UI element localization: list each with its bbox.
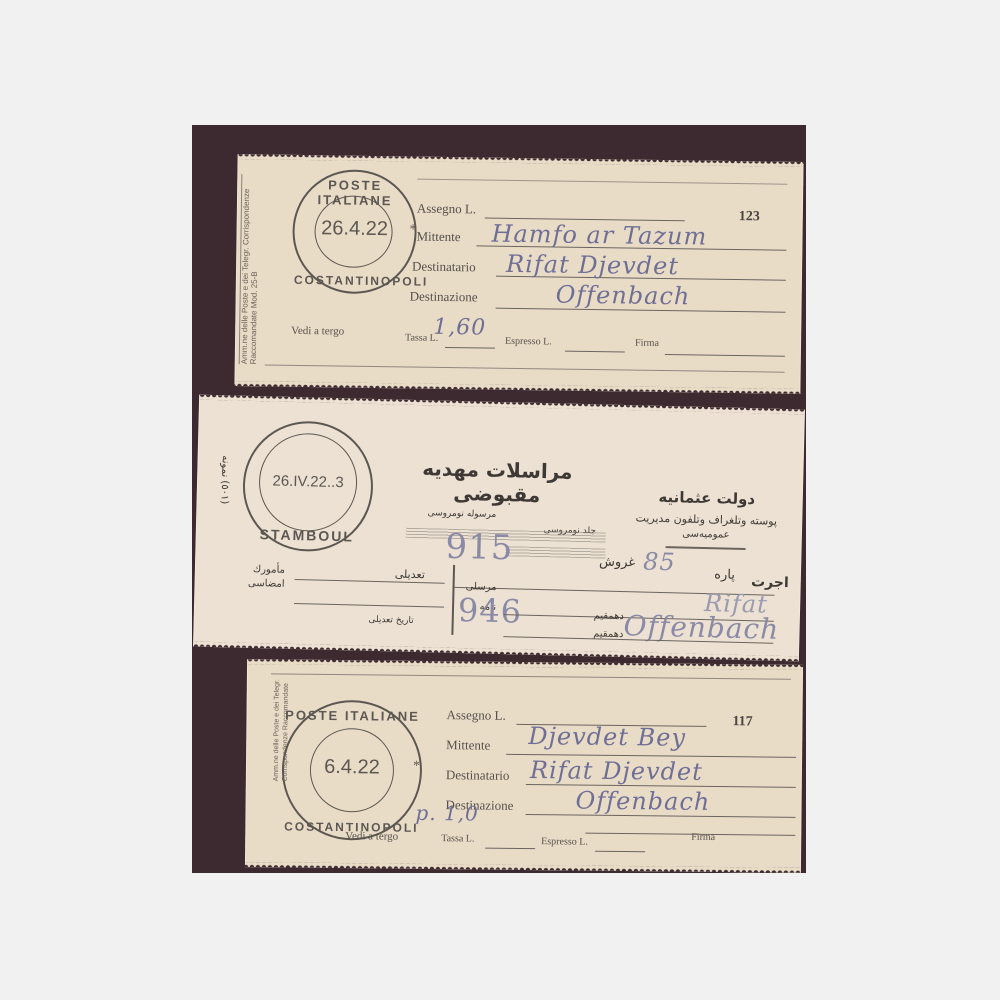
number-top-value: 915 <box>445 527 514 569</box>
stamp-date: 26.4.22 <box>294 217 414 242</box>
ucret-label: اجرت <box>745 574 789 591</box>
receipt-side-text: Amm.ne delle Poste e dei Telegr. Corrisp… <box>239 174 273 364</box>
tassa-label: Tassa L. <box>441 833 474 844</box>
receipt-header-title: مراسلات مهديه مقبوضى <box>387 455 608 508</box>
mittente-label: Mittente <box>446 737 490 753</box>
tassa-value: 1,60 <box>433 315 486 341</box>
destinatario-value: Rifat Djevdet <box>530 756 703 786</box>
stamp-ring-bottom: COSTANTINOPOLI <box>294 273 414 289</box>
destinatario-label: Destinatario <box>446 767 510 784</box>
mittente-value: Hamfo ar Tazum <box>491 220 707 251</box>
stamp-date: 26.IV.22..3 <box>245 472 371 492</box>
mukim-label-1: دهمقيم <box>574 610 624 622</box>
side-form-number: (٥٠١) نمونه <box>218 455 230 504</box>
destinatario-value: Rifat Djevdet <box>506 250 679 280</box>
mittente-value: Djevdet Bey <box>528 722 686 752</box>
vedi-a-tergo-label: Vedi a tergo <box>291 325 344 338</box>
ottoman-receipt-middle: (٥٠١) نمونه 26.IV.22..3 STAMBOUL مراسلات… <box>193 395 805 662</box>
assegno-label: Assegno L. <box>446 707 505 724</box>
italian-receipt-top: Amm.ne delle Poste e dei Telegr. Corrisp… <box>234 154 803 394</box>
italian-receipt-bottom: Amm.ne delle Poste e dei Telegr. Corrisp… <box>245 659 803 873</box>
para-label: پاره <box>695 567 735 583</box>
ministry-title: پوسته وتلغراف وتلفون مديريت <box>616 511 796 528</box>
destinazione-value: Offenbach <box>556 281 691 311</box>
mittente-label: Mittente <box>416 229 460 246</box>
postmark-stamp: 26.IV.22..3 STAMBOUL <box>241 420 374 553</box>
stamp-ring-top: POSTE ITALIANE <box>284 707 420 723</box>
memur-label: مأمورك <box>235 564 285 576</box>
destinazione-value: Offenbach <box>575 787 710 816</box>
tassa-value: p. 1,0 <box>415 801 479 826</box>
teadil-label: تعديلى <box>375 567 425 581</box>
state-title: دولت عثمانيه <box>647 488 767 509</box>
tarih-label: تاريخ تعديلى <box>314 614 414 626</box>
kurus-value: 85 <box>643 548 676 577</box>
espresso-label: Espresso L. <box>541 836 588 847</box>
destinazione-label: Destinazione <box>410 288 478 305</box>
stamp-date: 6.4.22 <box>284 755 420 779</box>
stamp-star: * <box>413 759 420 775</box>
espresso-label: Espresso L. <box>505 336 552 348</box>
imza-label: امضاسى <box>234 578 284 590</box>
vedi-a-tergo-label: Vedi a tergo <box>345 830 398 843</box>
serial-number: 123 <box>739 209 760 225</box>
postmark-stamp: POSTE ITALIANE 26.4.22 COSTANTINOPOLI * <box>292 169 418 295</box>
firma-label: Firma <box>635 338 659 349</box>
destinatario-label: Destinatario <box>412 259 476 276</box>
serial-number: 117 <box>732 714 752 730</box>
column-label-merkez: مرسوله نومروسى <box>406 508 496 520</box>
column-divider <box>451 565 455 635</box>
kurus-label: غروش <box>595 554 635 570</box>
postmark-stamp: POSTE ITALIANE 6.4.22 COSTANTINOPOLI * <box>281 699 422 840</box>
assegno-label: Assegno L. <box>417 201 476 218</box>
ministry-subtitle: عموميه‌سى <box>666 528 746 541</box>
stamp-ring-bottom: STAMBOUL <box>244 526 370 545</box>
number-bottom-value: 946 <box>458 591 523 631</box>
